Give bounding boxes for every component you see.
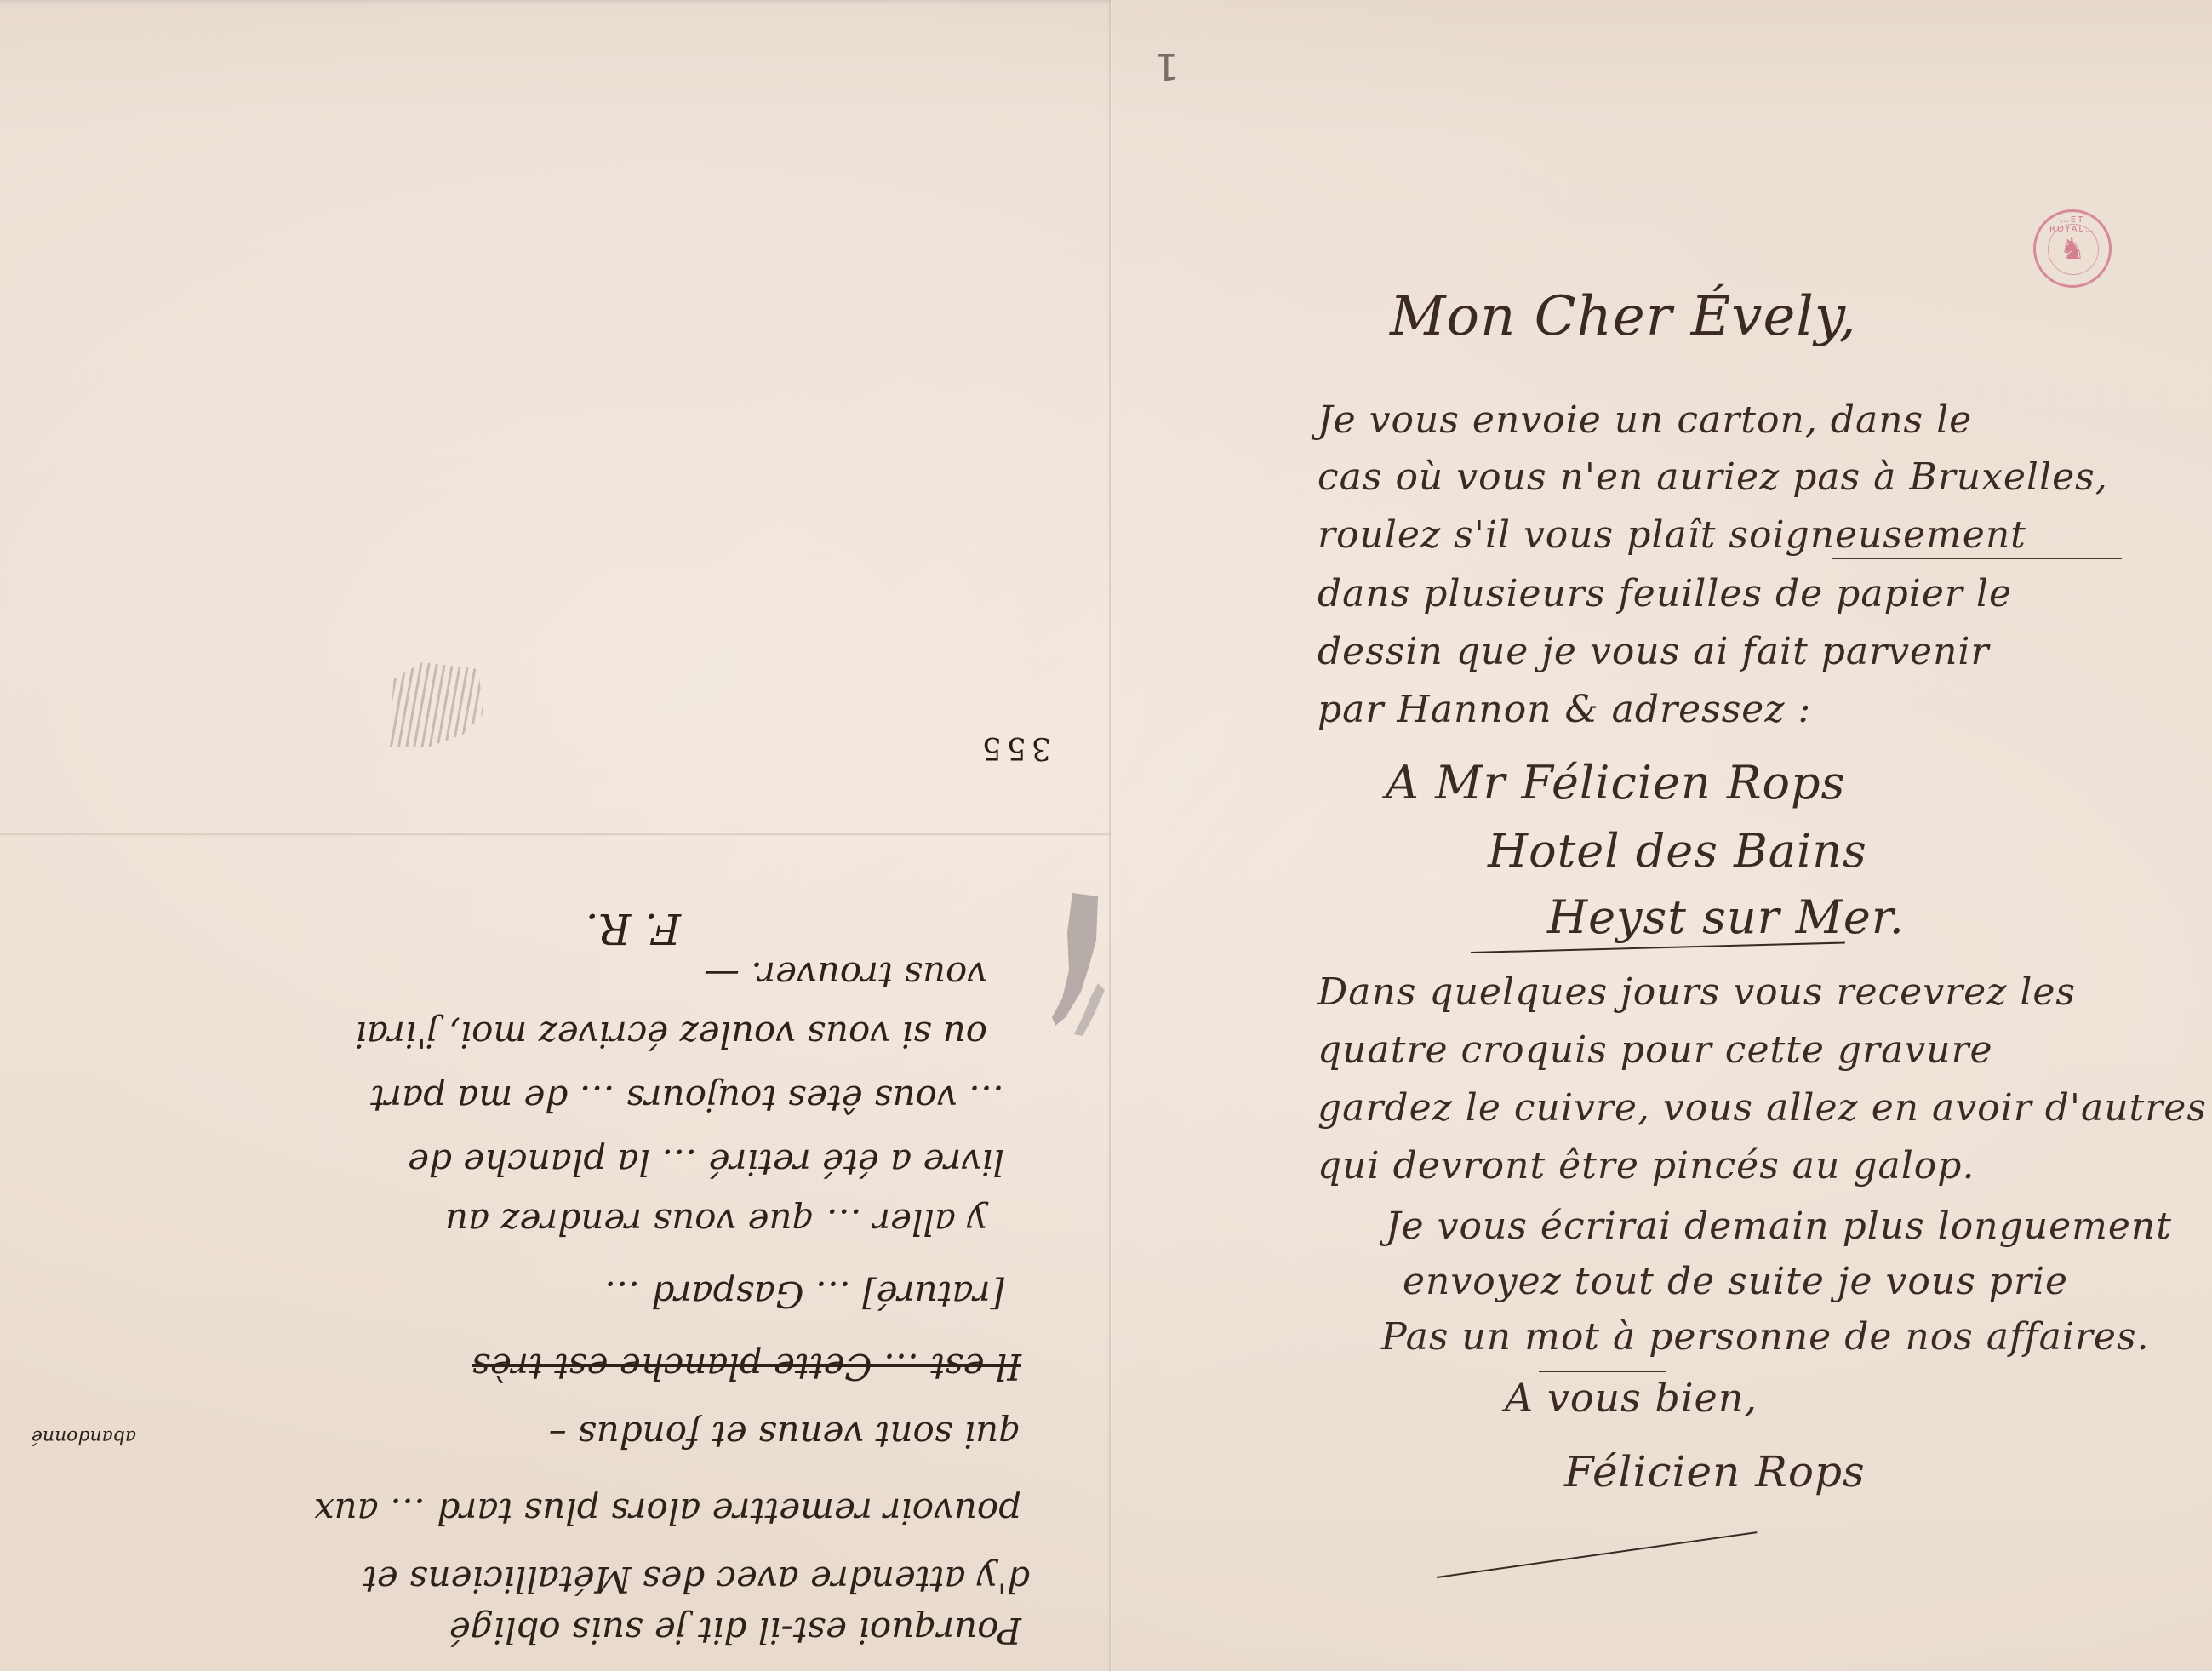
inverted-line: pouvoir remettre alors plus tard … aux xyxy=(314,1491,1021,1532)
archive-number: 355 xyxy=(977,730,1051,765)
pencil-hatching-sketch xyxy=(381,662,483,747)
pencil-legs-sketch-icon xyxy=(1049,890,1108,1043)
letter-line: cas où vous n'en auriez pas à Bruxelles, xyxy=(1317,455,2108,499)
inverted-line: Pourquoi est-il dit je suis obligé xyxy=(449,1610,1021,1651)
salutation: Mon Cher Évely, xyxy=(1390,285,1857,348)
inverted-line: y aller … que vous rendrez au xyxy=(445,1201,987,1243)
underline-personne xyxy=(1539,1371,1666,1372)
inverted-line-struck: Il est … Cette planche est très xyxy=(472,1346,1021,1388)
inverted-line: d'y attendre avec des Métalliciens et xyxy=(363,1559,1030,1600)
lion-emblem-icon: ♞ xyxy=(2036,212,2109,287)
letter-line: Pas un mot à personne de nos affaires. xyxy=(1381,1315,2150,1359)
letter-line: Dans quelques jours vous recevrez les xyxy=(1317,970,2076,1014)
underline-soigneusement xyxy=(1832,558,2122,559)
address-line: Heyst sur Mer. xyxy=(1547,890,1905,944)
inverted-line: ou si vous voulez écrivez moi, j'irai xyxy=(355,1014,987,1056)
inverted-line: qui sont venus et fondus – xyxy=(549,1414,1021,1456)
letter-line: dessin que je vous ai fait parvenir xyxy=(1317,630,1990,673)
letter-line: quatre croquis pour cette gravure xyxy=(1317,1028,1993,1072)
letter-line: dans plusieurs feuilles de papier le xyxy=(1317,572,2012,615)
letter-line: qui devront être pincés au galop. xyxy=(1317,1144,1975,1187)
letter-line: roulez s'il vous plaît soigneusement xyxy=(1317,513,2026,557)
letter-line: par Hannon & adressez : xyxy=(1317,688,1811,731)
signature: Félicien Rops xyxy=(1564,1447,1866,1496)
letter-line: Je vous envoie un carton, dans le xyxy=(1317,398,1972,442)
inverted-line: … vous êtes toujours … de ma part xyxy=(370,1078,1004,1119)
right-page: 1 …ET ROYAL… ♞ Mon Cher Évely, Je vous e… xyxy=(1113,0,2212,1671)
address-line: Hotel des Bains xyxy=(1488,824,1867,878)
signature-flourish xyxy=(1437,1531,1758,1578)
inverted-initials: F. R. xyxy=(586,904,681,953)
address-line: A Mr Félicien Rops xyxy=(1386,756,1845,810)
letter-line: envoyez tout de suite je vous prie xyxy=(1403,1260,2068,1303)
closing: A vous bien, xyxy=(1505,1375,1758,1421)
inverted-line: livre a été retiré … la planche de xyxy=(408,1142,1004,1183)
upside-down-text-block: Pourquoi est-il dit je suis obligé d'y a… xyxy=(34,928,1055,1660)
marginal-note: abandonné xyxy=(31,1426,136,1447)
letter-sheet: 355 Pourquoi est-il dit je suis obligé d… xyxy=(0,0,2212,1671)
left-page: 355 Pourquoi est-il dit je suis obligé d… xyxy=(0,0,1108,1671)
letter-line: gardez le cuivre, vous allez en avoir d'… xyxy=(1317,1086,2207,1130)
letter-line: Je vous écrirai demain plus longuement xyxy=(1386,1205,2172,1248)
inverted-line: [raturé] … Gaspard … xyxy=(604,1273,1004,1315)
archive-stamp-icon: …ET ROYAL… ♞ xyxy=(2033,209,2112,288)
inverted-line: vous trouver. — xyxy=(704,954,987,996)
folio-mark: 1 xyxy=(1155,44,1179,88)
